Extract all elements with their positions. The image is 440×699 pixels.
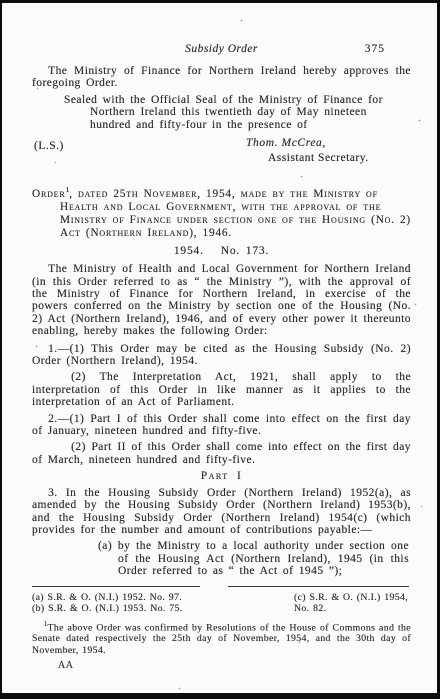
signature-block: (L.S.) Thom. McCrea, Assistant Secretary…: [32, 137, 411, 167]
confirmation-footnote: 1The above Order was confirmed by Resolu…: [32, 618, 411, 656]
signature-name: Thom. McCrea,: [246, 137, 326, 149]
footnote-refs-right: (c) S.R. & O. (N.I.) 1954, No. 82.: [294, 592, 411, 614]
printer-signature-mark: AA: [58, 660, 411, 671]
footnote-rule-right: [228, 586, 409, 589]
footnote-ref-c: (c) S.R. & O. (N.I.) 1954, No. 82.: [294, 592, 411, 614]
section-3: 3. In the Housing Subsidy Order (Norther…: [32, 487, 411, 537]
section-1-2: (2) The Interpretation Act, 1921, shall …: [32, 371, 411, 408]
preamble-paragraph: The Ministry of Health and Local Governm…: [32, 263, 411, 337]
clause-a: (a) by the Ministry to a local authority…: [98, 540, 409, 577]
footnote-rule-left: [32, 586, 200, 589]
part-heading: Part I: [32, 470, 411, 482]
signature-title: Assistant Secretary.: [268, 152, 369, 164]
page-number: 375: [365, 43, 385, 55]
footnote-references: (a) S.R. & O. (N.I.) 1952. No. 97. (b) S…: [32, 592, 411, 614]
section-1-1: 1.—(1) This Order may be cited as the Ho…: [32, 343, 411, 368]
seal-ls-mark: (L.S.): [34, 140, 64, 152]
section-2-1: 2.—(1) Part I of this Order shall come i…: [32, 413, 411, 438]
footnote-separator: [32, 586, 411, 589]
section-2-2: (2) Part II of this Order shall come int…: [32, 441, 411, 466]
footnote-ref-b: (b) S.R. & O. (N.I.) 1953. No. 75.: [32, 603, 294, 614]
footnote-rule-gap: [200, 586, 228, 589]
scanned-document-page: Subsidy Order 375 The Ministry of Financ…: [0, 0, 440, 699]
order-number: 1954. No. 173.: [32, 245, 411, 257]
order-heading-rest: , dated 25th November, 1954, made by the…: [60, 188, 411, 239]
page-content: Subsidy Order 375 The Ministry of Financ…: [2, 3, 437, 693]
approval-paragraph: The Ministry of Finance for Northern Ire…: [32, 65, 411, 90]
footnote-ref-a: (a) S.R. & O. (N.I.) 1952. No. 97.: [32, 592, 294, 603]
running-title: Subsidy Order: [32, 43, 411, 55]
running-header: Subsidy Order 375: [32, 43, 411, 57]
order-heading-word: Order: [32, 188, 66, 200]
footnote-refs-left: (a) S.R. & O. (N.I.) 1952. No. 97. (b) S…: [32, 592, 294, 614]
sealed-paragraph: Sealed with the Official Seal of the Min…: [32, 94, 387, 131]
order-heading: Order1, dated 25th November, 1954, made …: [32, 183, 411, 240]
confirmation-footnote-text: The above Order was confirmed by Resolut…: [32, 622, 411, 655]
